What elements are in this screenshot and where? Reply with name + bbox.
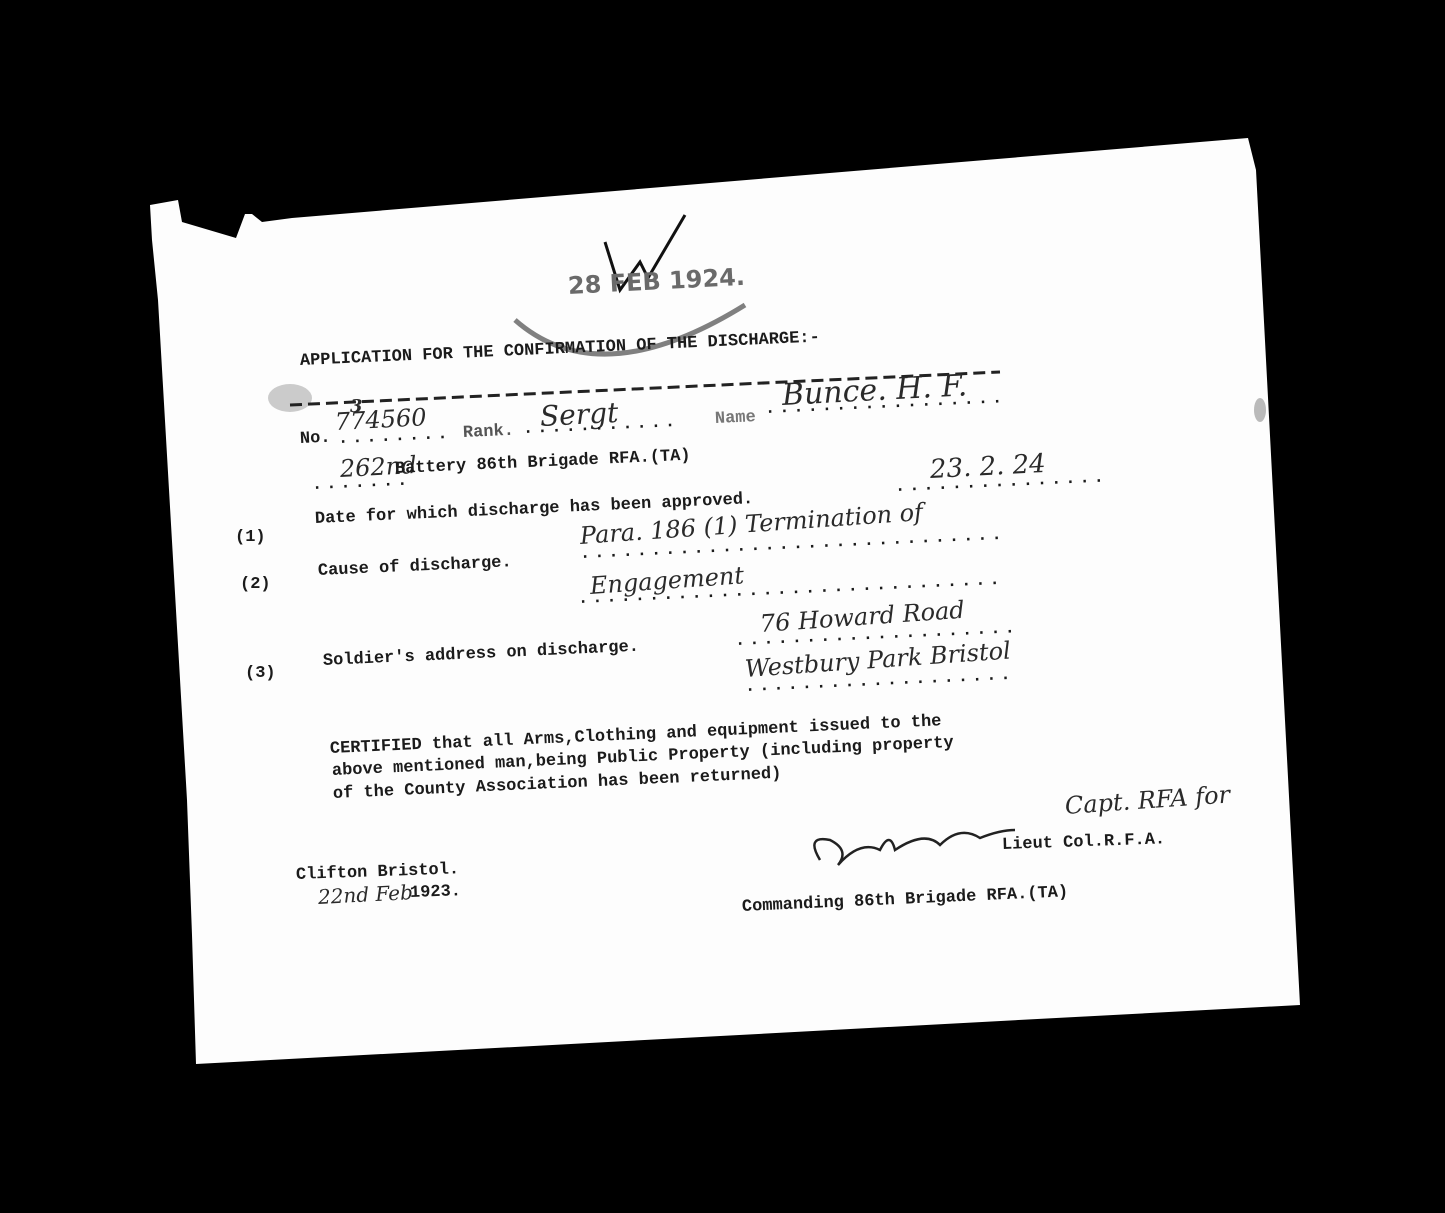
item-2-number: (2) [240, 575, 271, 594]
paper-shape [0, 0, 1445, 1213]
signing-year: 1923. [410, 882, 462, 903]
discharge-date-value: 23. 2. 24 [929, 449, 1046, 485]
document-sheet: 28 FEB 1924. APPLICATION FOR THE CONFIRM… [0, 0, 1445, 1213]
signing-date-handwritten: 22nd Feb [317, 880, 413, 909]
number-label: No. [300, 429, 331, 449]
item-1-number: (1) [235, 528, 266, 547]
name-label: Name [715, 408, 757, 429]
item-3-number: (3) [245, 664, 276, 683]
rank-label: Rank. [463, 422, 515, 443]
